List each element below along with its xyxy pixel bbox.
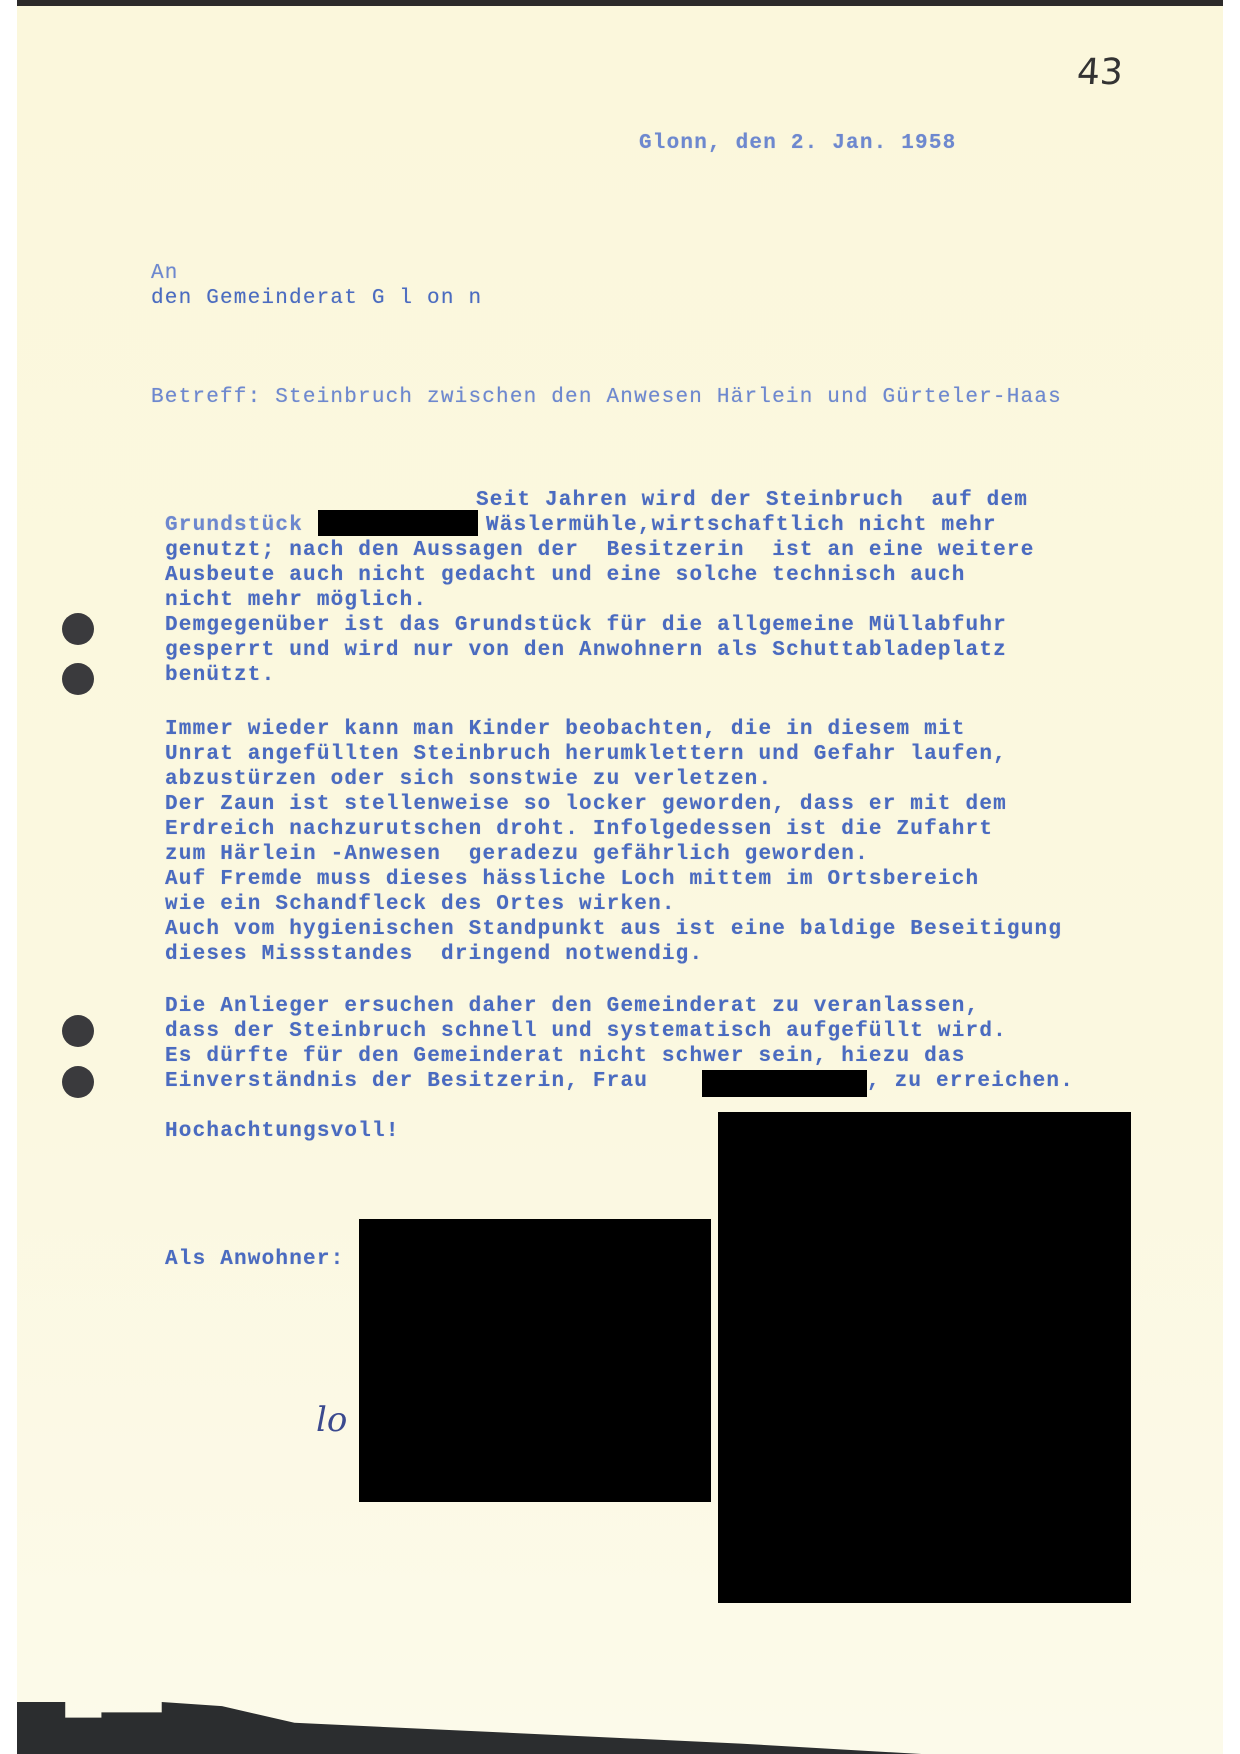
punch-hole [62, 1066, 94, 1098]
redaction-block [318, 510, 478, 536]
punch-hole [62, 663, 94, 695]
recipient-line-2: den Gemeinderat G l on n [151, 287, 482, 312]
punch-hole [62, 1015, 94, 1047]
scan-margin-left [0, 0, 17, 1754]
scan-margin-right [1223, 0, 1240, 1754]
place-date: Glonn, den 2. Jan. 1958 [639, 132, 956, 157]
body-line: zum Härlein -Anwesen geradezu gefährlich… [165, 843, 869, 868]
body-line: wie ein Schandfleck des Ortes wirken. [165, 893, 676, 918]
redaction-block [359, 1219, 711, 1502]
closing: Hochachtungsvoll! [165, 1120, 400, 1145]
body-line: Auch vom hygienischen Standpunkt aus ist… [165, 918, 1062, 943]
subject-line: Betreff: Steinbruch zwischen den Anwesen… [151, 386, 1062, 411]
body-line: Demgegenüber ist das Grundstück für die … [165, 614, 1007, 639]
signatures-label: Als Anwohner: [165, 1248, 344, 1273]
body-line: nicht mehr möglich. [165, 589, 427, 614]
redaction-block [702, 1070, 867, 1097]
recipient-line-1: An [151, 262, 179, 287]
body-line: Es dürfte für den Gemeinderat nicht schw… [165, 1045, 966, 1070]
redaction-block [718, 1112, 1131, 1603]
body-line: Ausbeute auch nicht gedacht und eine sol… [165, 564, 966, 589]
body-line: Grundstück [165, 514, 303, 539]
body-line: , zu erreichen. [867, 1070, 1074, 1095]
scan-edge-top [17, 0, 1223, 6]
body-line: Immer wieder kann man Kinder beobachten,… [165, 718, 966, 743]
body-line: Auf Fremde muss dieses hässliche Loch mi… [165, 868, 979, 893]
body-line: dieses Missstandes dringend notwendig. [165, 943, 703, 968]
body-line: dass der Steinbruch schnell und systemat… [165, 1020, 1007, 1045]
body-line: Unrat angefüllten Steinbruch herumklette… [165, 743, 1007, 768]
body-line: benützt. [165, 664, 275, 689]
body-line: Wäslermühle,wirtschaftlich nicht mehr [486, 514, 997, 539]
body-line: Seit Jahren wird der Steinbruch auf dem [476, 489, 1028, 514]
body-line: abzustürzen oder sich sonstwie zu verlet… [165, 768, 772, 793]
body-line: Der Zaun ist stellenweise so locker gewo… [165, 793, 1007, 818]
body-line: genutzt; nach den Aussagen der Besitzeri… [165, 539, 1035, 564]
page-number: 43 [1076, 52, 1125, 93]
body-line: Erdreich nachzurutschen droht. Infolgede… [165, 818, 993, 843]
handwriting-fragment: lo [316, 1400, 347, 1440]
body-line: Einverständnis der Besitzerin, Frau [165, 1070, 648, 1095]
body-line: gesperrt und wird nur von den Anwohnern … [165, 639, 1007, 664]
punch-hole [62, 613, 94, 645]
body-line: Die Anlieger ersuchen daher den Gemeinde… [165, 995, 979, 1020]
